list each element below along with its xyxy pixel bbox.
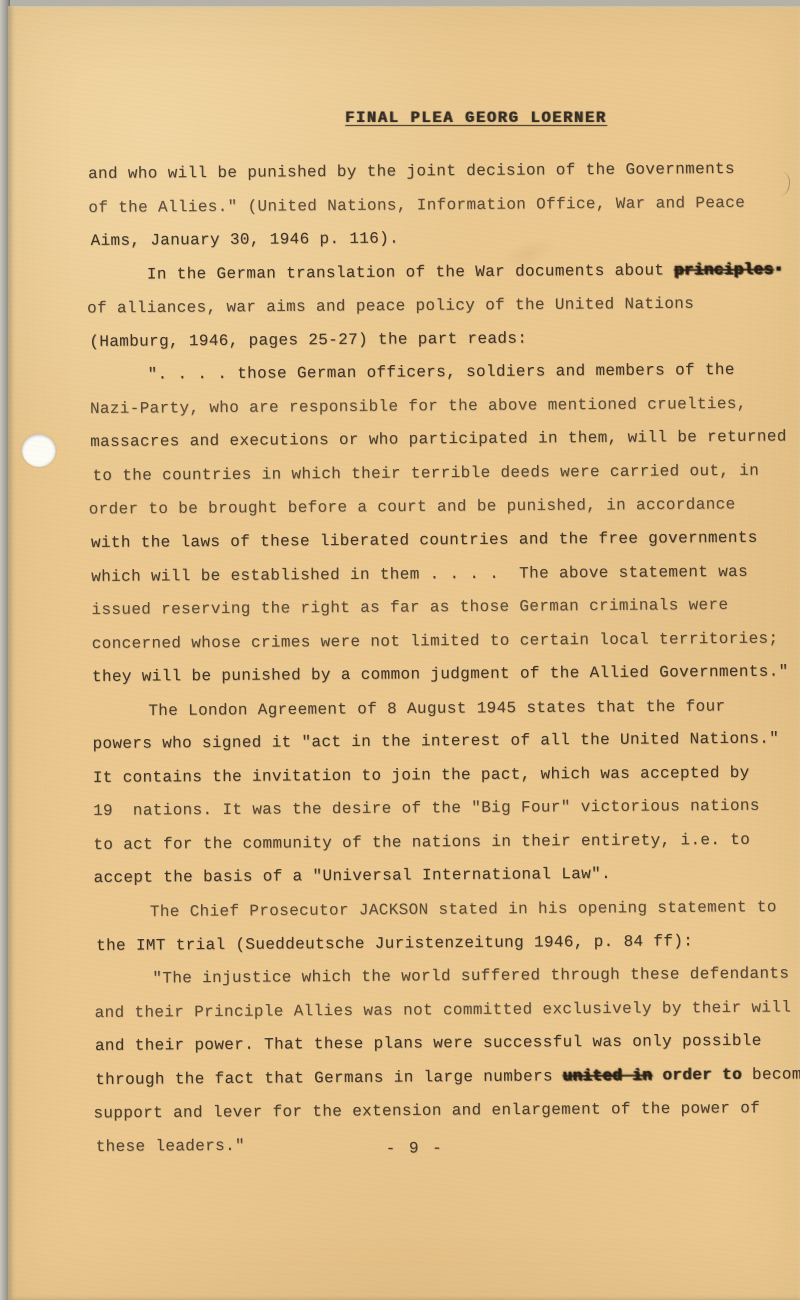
text-line: accept the basis of a "Universal Interna… — [93, 857, 773, 896]
text-line: through the fact that Germans in large n… — [95, 1058, 775, 1097]
overtyped-text: united in — [563, 1066, 653, 1085]
text-line: ". . . . those German officers, soldiers… — [90, 354, 770, 393]
document-page: FINAL PLEA GEORG LOERNER and who will be… — [8, 6, 800, 1300]
text-line: the IMT trial (Sueddeutsche Juristenzeit… — [96, 924, 776, 963]
text-line: issued reserving the right as far as tho… — [91, 589, 771, 628]
text-segment: through the fact that Germans in large n… — [95, 1067, 563, 1089]
text-line: Aims, January 30, 1946 p. 116). — [90, 220, 770, 259]
text-line: and who will be punished by the joint de… — [88, 153, 768, 192]
text-line: It contains the invitation to join the p… — [93, 756, 773, 795]
text-line: (Hamburg, 1946, pages 25-27) the part re… — [89, 320, 769, 359]
text-line: order to be brought before a court and b… — [89, 489, 769, 528]
text-line: massacres and executions or who particip… — [90, 421, 770, 460]
text-line: they will be punished by a common judgme… — [92, 656, 772, 695]
hole-punch — [22, 434, 56, 467]
text-line: "The injustice which the world suffered … — [94, 958, 774, 997]
document-body: and who will be punished by the joint de… — [88, 153, 776, 1165]
text-line: of alliances, war aims and peace policy … — [87, 287, 767, 326]
text-line: with the laws of these liberated countri… — [91, 522, 771, 561]
text-line: Nazi-Party, who are responsible for the … — [90, 387, 770, 426]
text-line: to act for the community of the nations … — [93, 824, 773, 863]
text-segment — [652, 1066, 662, 1084]
pen-mark — [779, 172, 791, 197]
page-number: - 9 - — [386, 1139, 444, 1157]
page-title: FINAL PLEA GEORG LOERNER — [345, 109, 607, 127]
overtyped-text: order to — [662, 1066, 742, 1085]
text-line: and their Principle Allies was not commi… — [95, 991, 775, 1030]
overtyped-text: principles — [674, 260, 774, 279]
text-line: to the countries in which their terrible… — [92, 455, 772, 494]
text-segment: In the German translation of the War doc… — [147, 261, 675, 283]
text-line: which will be established in them . . . … — [91, 555, 771, 594]
text-line: and their power. That these plans were s… — [95, 1025, 775, 1064]
typewritten-text-group: and who will be punished by the joint de… — [7, 0, 799, 6]
text-line: concerned whose crimes were not limited … — [92, 622, 772, 661]
text-line: 19 nations. It was the desire of the "Bi… — [93, 790, 773, 829]
text-line: In the German translation of the War doc… — [89, 253, 769, 292]
text-segment: become — [742, 1065, 800, 1084]
text-line: of the Allies." (United Nations, Informa… — [88, 186, 768, 225]
text-line: The London Agreement of 8 August 1945 st… — [90, 690, 770, 729]
text-line: powers who signed it "act in the interes… — [92, 723, 772, 762]
ink-blot: ▪ — [774, 260, 784, 278]
